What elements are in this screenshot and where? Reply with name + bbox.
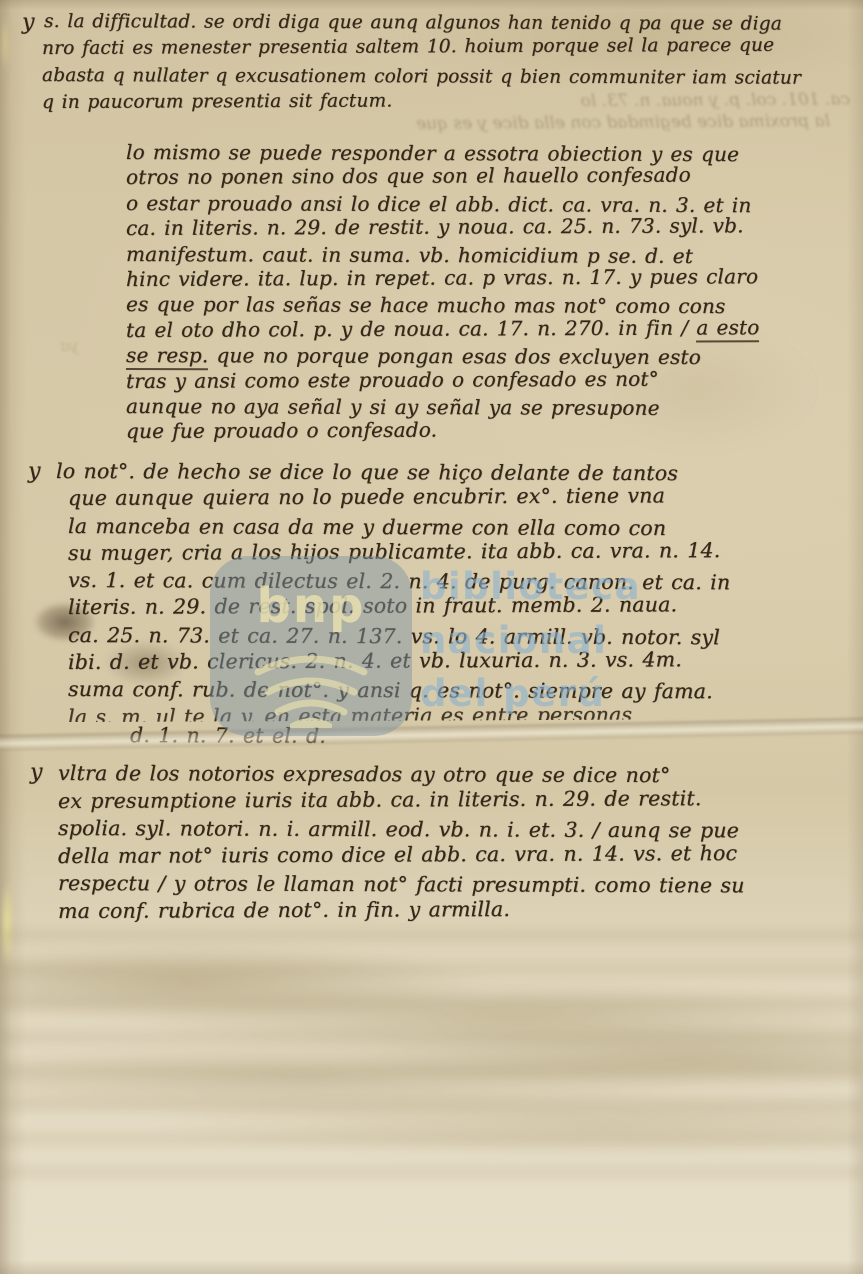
bnp-logo-watermark: bnp [210, 556, 412, 736]
text-segment: ex presumptione iuris ita abb. ca. in li… [58, 786, 702, 813]
underlined-phrase: a esto [696, 315, 759, 342]
text-segment: que no porque pongan esas dos excluyen e… [208, 344, 701, 370]
paragraph-2: lo mismo se puede responder a essotra ob… [126, 140, 759, 445]
text-segment: la manceba en casa da me y duerme con el… [68, 514, 666, 540]
text-segment: hinc videre. ita. lup. in repet. ca. p v… [126, 264, 758, 291]
text-segment: que aunque quiera no lo puede encubrir. … [68, 484, 665, 511]
manuscript-line: ca. in literis. n. 29. de restit. y noua… [126, 213, 760, 241]
text-segment: respectu / y otros le llaman not° facti … [58, 871, 745, 897]
manuscript-line: ta el oto dho col. p. y de noua. ca. 17.… [126, 315, 760, 343]
watermark-line: del perú [420, 667, 641, 721]
watermark-library-name: biblioteca nacional del perú [420, 560, 641, 721]
manuscript-line: nro facti es menester presentia saltem 1… [42, 32, 801, 62]
manuscript-line: hinc videre. ita. lup. in repet. ca. p v… [126, 264, 760, 292]
manuscript-line: q in paucorum presentia sit factum. [42, 86, 801, 116]
text-segment: della mar not° iuris como dice el abb. c… [58, 841, 737, 868]
text-segment: otros no ponen sino dos que son el hauel… [126, 163, 691, 189]
text-segment: spolia. syl. notori. n. i. armill. eod. … [58, 816, 739, 842]
open-book-signal-icon [240, 642, 382, 728]
page-bottom-edge [0, 1260, 863, 1274]
underlined-phrase: se resp. [126, 343, 208, 370]
manuscript-line: otros no ponen sino dos que son el hauel… [126, 163, 760, 191]
text-segment: ta el oto dho col. p. y de noua. ca. 17.… [126, 315, 696, 341]
text-segment: ca. in literis. n. 29. de restit. y noua… [126, 214, 744, 241]
text-segment: nro facti es menester presentia saltem 1… [42, 35, 774, 59]
manuscript-page: ca. 101. col. p. y noua. n. 73. lo la pr… [0, 0, 863, 1274]
text-segment: vltra de los notorios expresados ay otro… [58, 761, 671, 787]
paragraph-4: vltra de los notorios expresados ay otro… [58, 760, 745, 925]
show-through-text: ya [60, 336, 79, 355]
text-segment: ma conf. rubrica de not°. in fin. y armi… [58, 897, 510, 923]
manuscript-line: que aunque quiera no lo puede encubrir. … [68, 482, 730, 512]
text-segment: que fue prouado o confesado. [126, 418, 437, 443]
text-segment: q in paucorum presentia sit factum. [42, 90, 392, 113]
paragraph-mark: y [28, 459, 40, 484]
manuscript-line: que fue prouado o confesado. [126, 417, 760, 445]
bleedthrough-stain-bands [0, 928, 863, 1178]
paragraph-mark: y [22, 10, 34, 35]
paragraph-mark: y [30, 760, 42, 785]
text-segment: tras y ansi como este prouado o confesad… [126, 366, 659, 392]
watermark-line: nacional [420, 614, 641, 668]
manuscript-line: della mar not° iuris como dice el abb. c… [58, 840, 745, 870]
yellow-edge-sliver-top [0, 14, 10, 74]
manuscript-line: ex presumptione iuris ita abb. ca. in li… [58, 785, 745, 815]
text-segment: es que por las señas se hace mucho mas n… [126, 292, 726, 318]
bnp-logo-text: bnp [210, 578, 412, 634]
text-segment: manifestum. caut. in suma. vb. homicidiu… [126, 242, 693, 268]
text-segment: abasta q nullater q excusationem colori … [42, 65, 801, 89]
text-segment: s. la difficultad. se ordi diga que aunq… [44, 11, 782, 35]
text-segment: lo not°. de hecho se dice lo que se hiço… [56, 459, 678, 485]
paragraph-1: s. la difficultad. se ordi diga que aunq… [42, 8, 801, 116]
manuscript-line: ma conf. rubrica de not°. in fin. y armi… [58, 895, 745, 925]
manuscript-line: tras y ansi como este prouado o confesad… [126, 366, 760, 394]
watermark-line: biblioteca [420, 560, 641, 614]
